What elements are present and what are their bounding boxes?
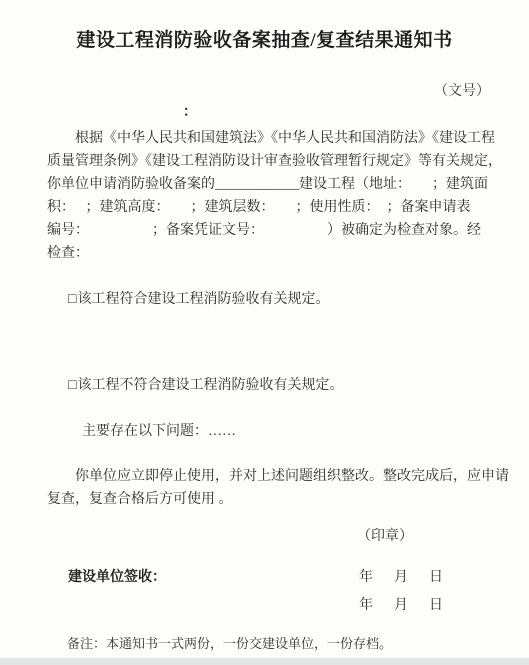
document-body: 根据《中华人民共和国建筑法》《中华人民共和国消防法》《建设工程 质量管理条例》《… [47,127,525,511]
legal-basis-line: 质量管理条例》《建设工程消防设计审查验收管理暂行规定》等有关规定， [47,150,525,173]
receipt-signature-label: 建设单位签收： [68,566,166,586]
legal-basis-line: 根据《中华人民共和国建筑法》《中华人民共和国消防法》《建设工程 [47,127,525,150]
project-info-line: 编号： ；备案凭证文号： ）被确定为检查对象。经 [47,219,525,242]
recipient-salutation-colon: ： [183,101,197,121]
checkbox-noncompliant-label: 该工程不符合建设工程消防验收有关规定。 [77,378,343,393]
page-title: 建设工程消防验收备案抽查/复查结果通知书 [0,25,529,52]
remark-note: 备注：本通知书一式两份，一份交建设单位，一份存档。 [67,633,392,652]
receipt-date-line: 年 月 日 [359,566,443,586]
doc-number-placeholder: （文号） [434,80,490,100]
checkbox-noncompliant-row: □该工程不符合建设工程消防验收有关规定。 [47,351,525,420]
project-info-line: 积： ；建筑高度： ；建筑层数： ；使用性质： ；备案申请表 [47,196,525,219]
inspection-lead-in-line: 检查： [47,242,525,265]
notice-document-page: 建设工程消防验收备案抽查/复查结果通知书 （文号） ： 根据《中华人民共和国建筑… [0,0,529,665]
corrective-action-line: 你单位应立即停止使用，并对上述问题组织整改。整改完成后，应申请 [47,465,525,488]
issue-date-line: 年 月 日 [357,594,443,617]
issues-line: 主要存在以下问题：…… [47,420,525,443]
checkbox-compliant-label: 该工程符合建设工程消防验收有关规定。 [77,292,329,307]
checkbox-compliant-row: □该工程符合建设工程消防验收有关规定。 [47,265,525,334]
seal-placeholder: （印章） [357,525,443,548]
project-info-line: 你单位申请消防验收备案的____________建设工程（地址： ；建筑面 [47,173,525,196]
corrective-action-line: 复查，复查合格后方可使用 。 [47,488,525,511]
page-bottom-edge [0,658,529,665]
